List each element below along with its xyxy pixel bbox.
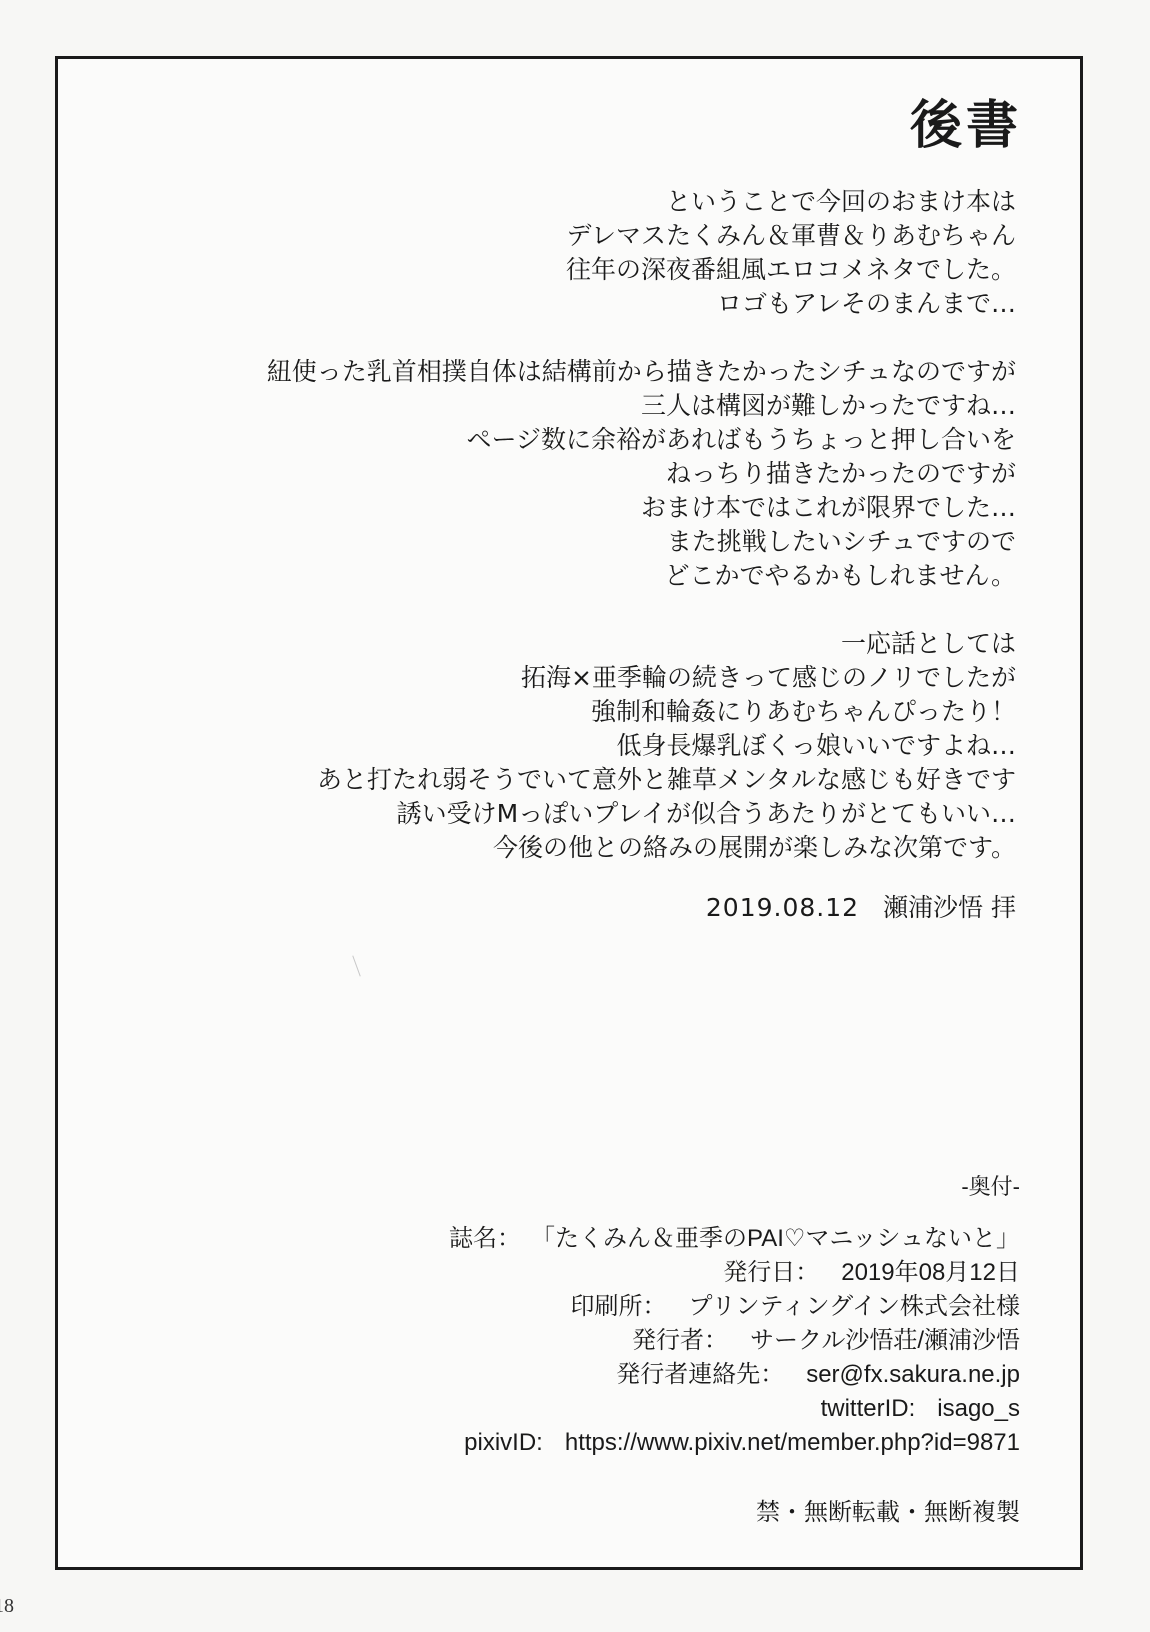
afterword-body: ということで今回のおまけ本は デレマスたくみん＆軍曹＆りあむちゃん 往年の深夜番… — [116, 185, 1016, 899]
colophon-row-publisher: 発行者：サークル沙悟荘/瀬浦沙悟 — [220, 1324, 1020, 1358]
text-line: 拓海×亜季輪の続きって感じのノリでしたが — [116, 661, 1016, 695]
colophon-value: 「たくみん＆亜季のPAI♡マニッシュないと」 — [543, 1225, 1020, 1252]
text-line: あと打たれ弱そうでいて意外と雑草メンタルな感じも好きです — [116, 763, 1016, 797]
afterword-paragraph-1: ということで今回のおまけ本は デレマスたくみん＆軍曹＆りあむちゃん 往年の深夜番… — [116, 185, 1016, 321]
colophon-value: サークル沙悟荘/瀬浦沙悟 — [750, 1327, 1020, 1354]
text-line: 今後の他との絡みの展開が楽しみな次第です。 — [116, 831, 1016, 865]
afterword-paragraph-2: 紐使った乳首相撲自体は結構前から描きたかったシチュなのですが 三人は構図が難しか… — [116, 355, 1016, 593]
colophon-row-date: 発行日：2019年08月12日 — [220, 1256, 1020, 1290]
afterword-paragraph-3: 一応話としては 拓海×亜季輪の続きって感じのノリでしたが 強制和輪姦にりあむちゃ… — [116, 627, 1016, 865]
colophon: 誌名：「たくみん＆亜季のPAI♡マニッシュないと」 発行日：2019年08月12… — [220, 1222, 1020, 1460]
text-line: ページ数に余裕があればもうちょっと押し合いを — [116, 423, 1016, 457]
page-number: 18 — [0, 1595, 14, 1618]
text-line: 往年の深夜番組風エロコメネタでした。 — [116, 253, 1016, 287]
signature-date: 2019.08.12 — [706, 893, 859, 922]
text-line: おまけ本ではこれが限界でした… — [116, 491, 1016, 525]
colophon-row-contact: 発行者連絡先：ser@fx.sakura.ne.jp — [220, 1358, 1020, 1392]
text-line: 強制和輪姦にりあむちゃんぴったり！ — [116, 695, 1016, 729]
signature: 2019.08.12瀬浦沙悟 拝 — [706, 888, 1016, 924]
colophon-label: pixivID: — [464, 1429, 543, 1456]
colophon-heading: -奥付- — [961, 1170, 1020, 1201]
colophon-label: 誌名： — [449, 1225, 521, 1252]
text-line: 三人は構図が難しかったですね… — [116, 389, 1016, 423]
signature-author: 瀬浦沙悟 拝 — [883, 893, 1016, 922]
page-title: 後書 — [910, 100, 1022, 152]
colophon-row-twitter: twitterID:isago_s — [220, 1392, 1020, 1426]
colophon-label: 発行者連絡先： — [616, 1361, 784, 1388]
text-line: デレマスたくみん＆軍曹＆りあむちゃん — [116, 219, 1016, 253]
text-line: 一応話としては — [116, 627, 1016, 661]
text-line: 誘い受けMっぽいプレイが似合うあたりがとてもいい… — [116, 797, 1016, 831]
text-line: 紐使った乳首相撲自体は結構前から描きたかったシチュなのですが — [116, 355, 1016, 389]
text-line: ということで今回のおまけ本は — [116, 185, 1016, 219]
colophon-label: 発行者： — [632, 1327, 728, 1354]
colophon-row-pixiv: pixivID:https://www.pixiv.net/member.php… — [220, 1426, 1020, 1460]
colophon-row-printer: 印刷所：プリンティングイン株式会社様 — [220, 1290, 1020, 1324]
colophon-value: https://www.pixiv.net/member.php?id=9871 — [565, 1429, 1020, 1456]
colophon-value: isago_s — [937, 1395, 1020, 1422]
colophon-label: 印刷所： — [571, 1293, 667, 1320]
text-line: ねっちり描きたかったのですが — [116, 457, 1016, 491]
text-line: どこかでやるかもしれません。 — [116, 559, 1016, 593]
copyright-notice: 禁・無断転載・無断複製 — [756, 1492, 1020, 1527]
colophon-value: プリンティングイン株式会社様 — [689, 1293, 1020, 1320]
colophon-row-title: 誌名：「たくみん＆亜季のPAI♡マニッシュないと」 — [220, 1222, 1020, 1256]
text-line: また挑戦したいシチュですので — [116, 525, 1016, 559]
text-line: 低身長爆乳ぼくっ娘いいですよね… — [116, 729, 1016, 763]
colophon-value: 2019年08月12日 — [841, 1259, 1020, 1286]
colophon-value: ser@fx.sakura.ne.jp — [806, 1361, 1020, 1388]
colophon-label: 発行日： — [723, 1259, 819, 1286]
text-line: ロゴもアレそのまんまで… — [116, 287, 1016, 321]
colophon-label: twitterID: — [821, 1395, 916, 1422]
